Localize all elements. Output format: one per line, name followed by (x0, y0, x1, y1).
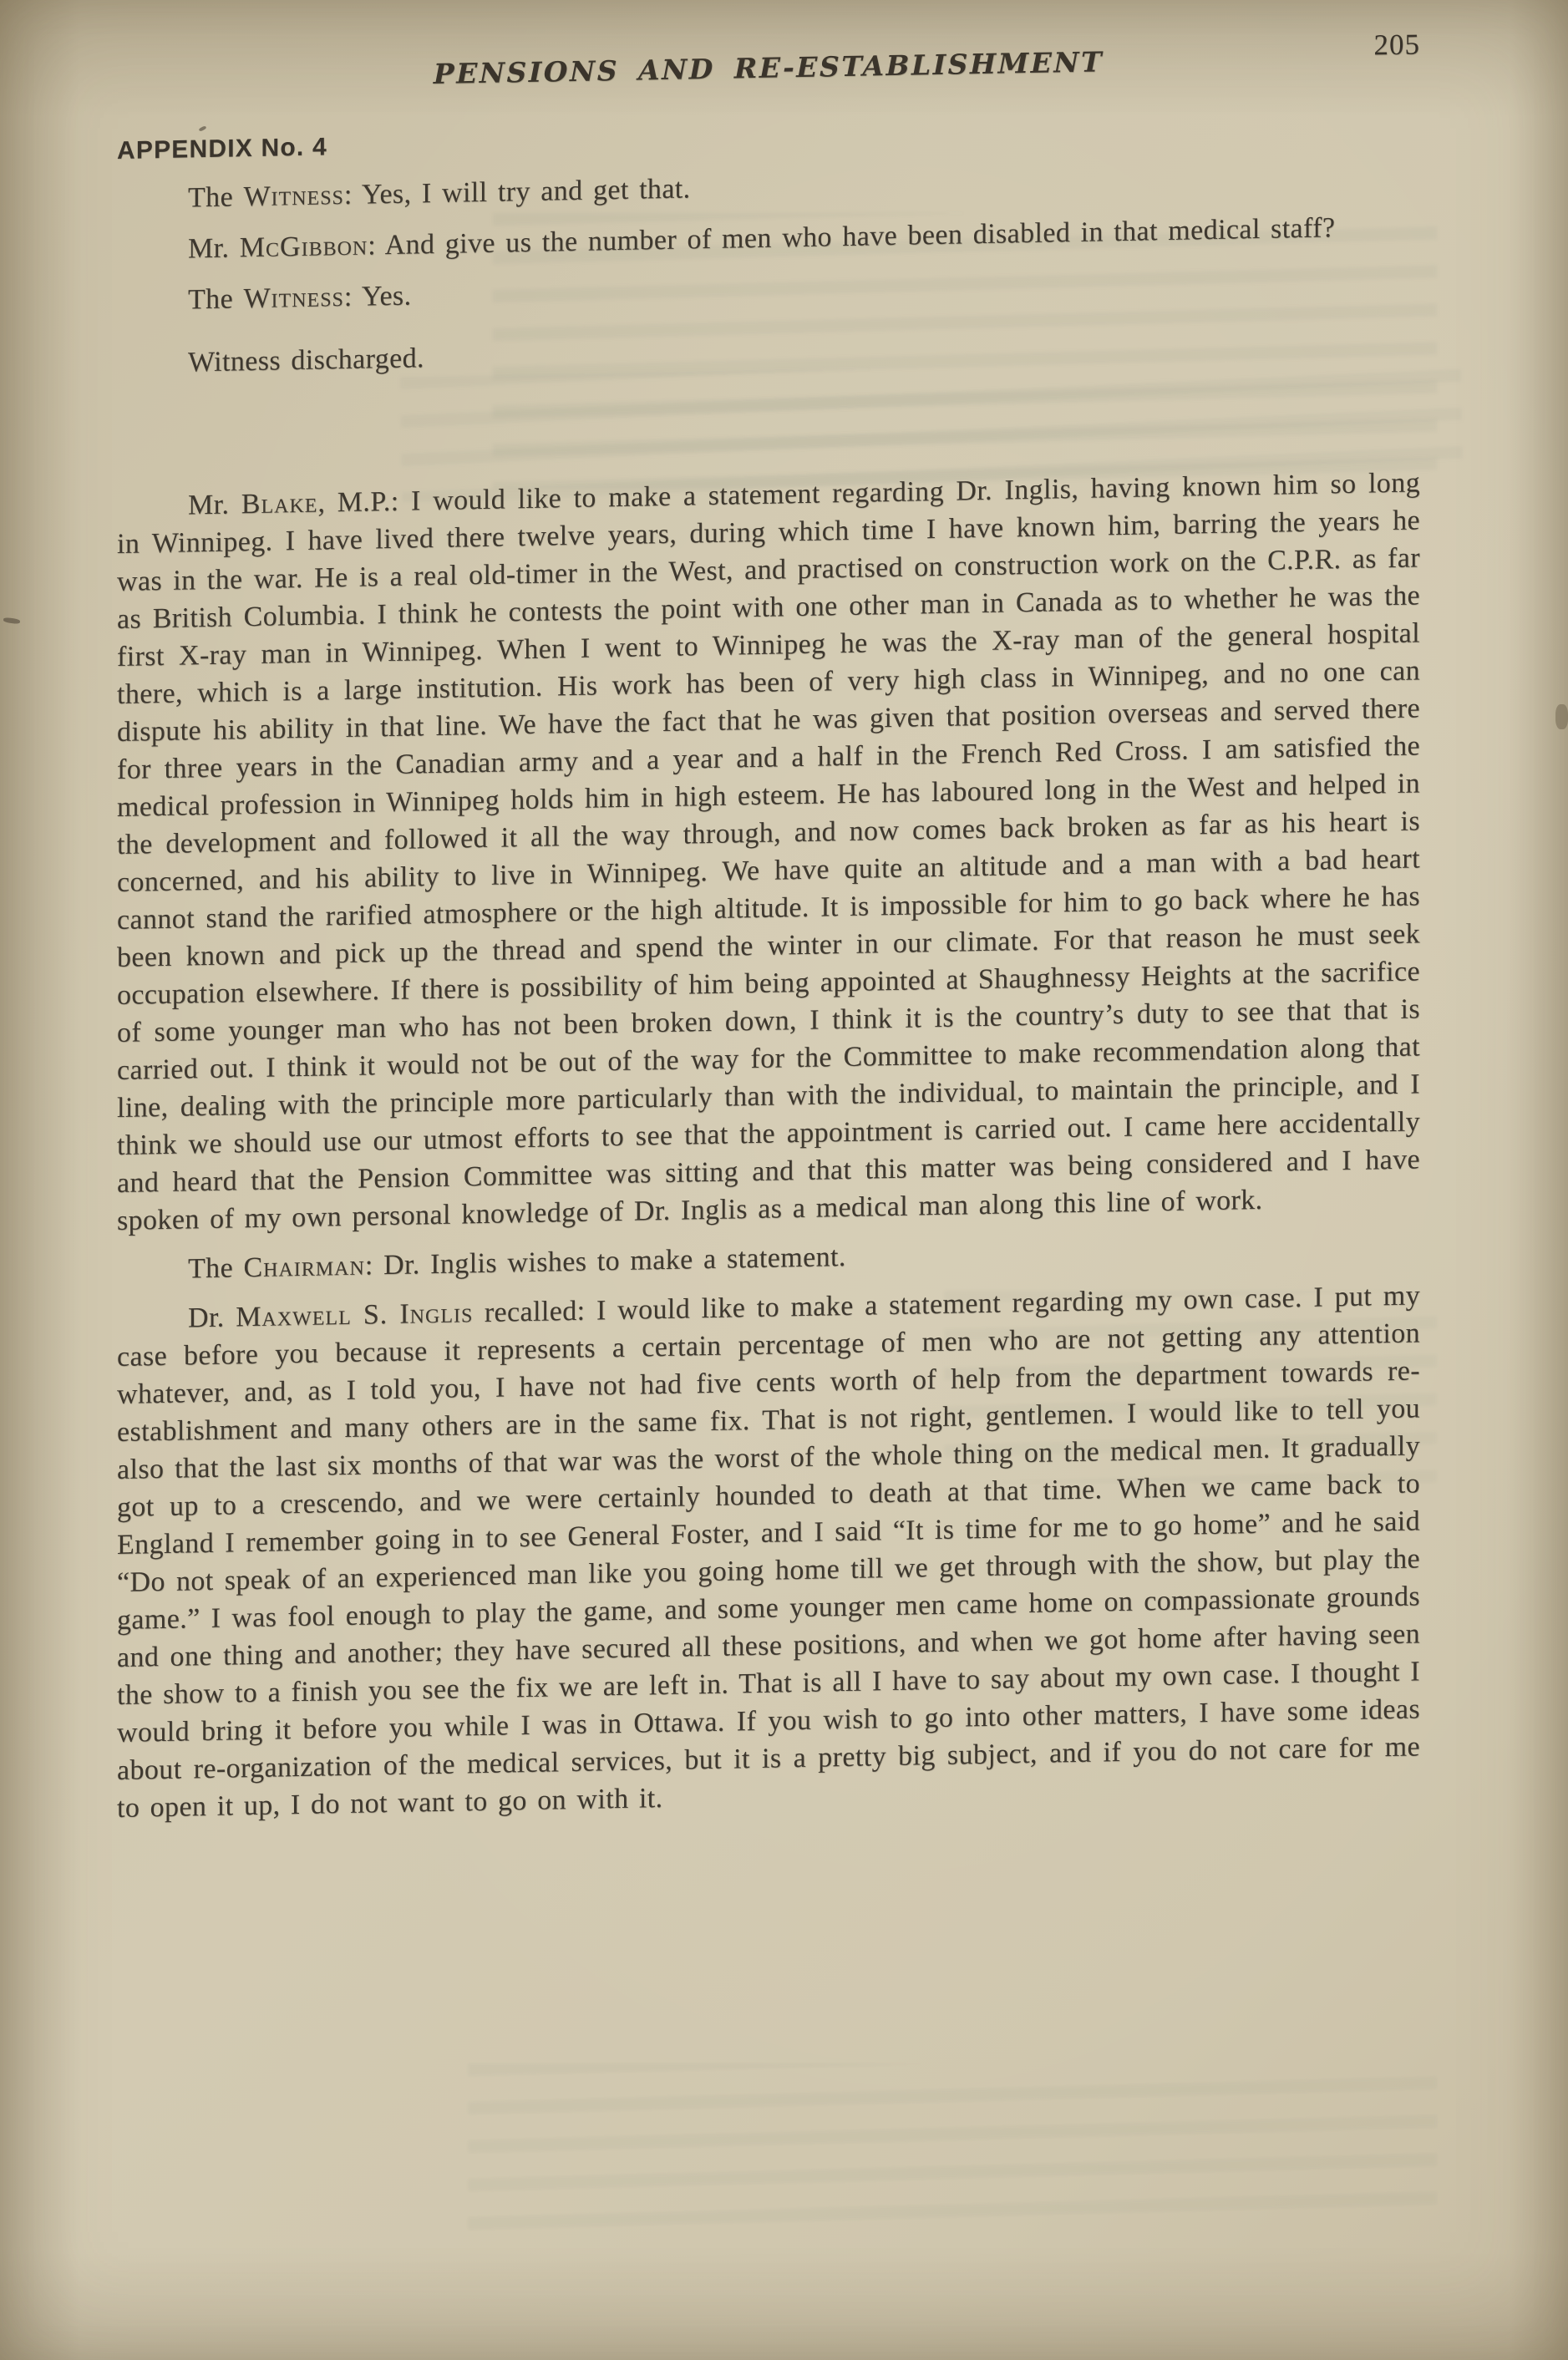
paragraph: Dr. Maxwell S. Inglis recalled: I would … (117, 1276, 1420, 1827)
text-segment: The (188, 1252, 243, 1284)
text-segment: Mr. (188, 232, 240, 264)
text-segment: Witness discharged. (188, 343, 424, 378)
speaker-name: McGibbon (240, 230, 368, 263)
text-segment: , M.P.: I would like to make a statement… (117, 467, 1420, 1236)
scanned-book-page: PENSIONS AND RE-ESTABLISHMENT 205 APPEND… (0, 0, 1568, 2360)
speaker-name: Blake (241, 488, 318, 520)
bleed-through-texture (468, 2063, 1437, 2231)
text-segment: : Yes. (344, 281, 412, 312)
paragraph: The Witness: Yes. (117, 258, 1420, 320)
speaker-name: Chairman (243, 1251, 364, 1284)
text-segment: : And give us the number of men who have… (368, 212, 1335, 261)
page-content: PENSIONS AND RE-ESTABLISHMENT 205 APPEND… (0, 0, 1568, 1843)
page-number: 205 (1374, 28, 1421, 62)
speaker-name: Maxwell S. Inglis (236, 1297, 473, 1332)
running-header: PENSIONS AND RE-ESTABLISHMENT 205 (117, 39, 1420, 107)
paragraph: Witness discharged. (117, 321, 1420, 383)
appendix-heading: APPENDIX No. 4 (117, 113, 1420, 165)
paragraph: The Witness: Yes, I will try and get tha… (117, 156, 1420, 218)
text-segment: : Dr. Inglis wishes to make a statement. (365, 1241, 846, 1282)
text-segment: The (188, 283, 243, 315)
text-segment: Mr. (188, 489, 241, 520)
paragraph: Mr. McGibbon: And give us the number of … (117, 207, 1420, 269)
text-segment: recalled: I would like to make a stateme… (117, 1280, 1420, 1824)
speaker-name: Witness (243, 180, 343, 212)
text-segment: : Yes, I will try and get that. (344, 173, 691, 211)
text-segment: The (188, 181, 243, 213)
text-segment: Dr. (188, 1302, 236, 1333)
speaker-name: Witness (243, 282, 343, 314)
running-title: PENSIONS AND RE-ESTABLISHMENT (117, 39, 1420, 96)
testimony-paragraphs: The Witness: Yes, I will try and get tha… (117, 156, 1420, 1827)
paragraph: Mr. Blake, M.P.: I would like to make a … (117, 464, 1420, 1240)
